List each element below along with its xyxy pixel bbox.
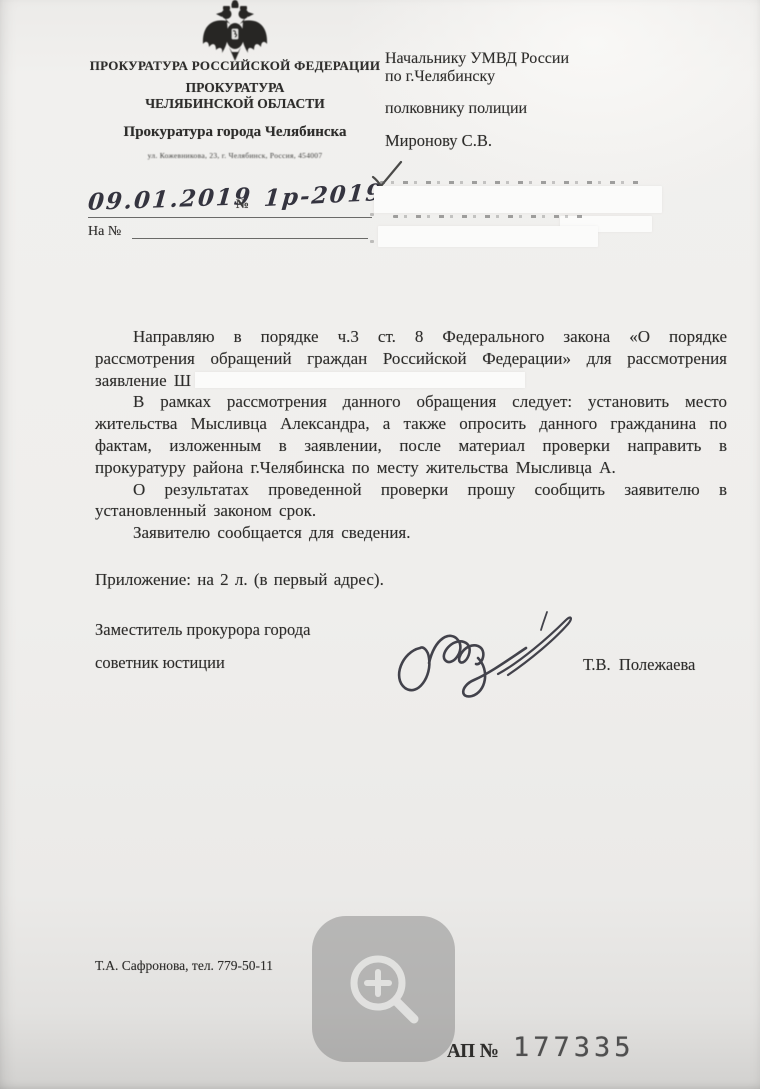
org-name-city: Прокуратура города Челябинска [85,124,385,141]
redacted-text-remnant [393,215,583,218]
org-name-region: ПРОКУРАТУРА ЧЕЛЯБИНСКОЙ ОБЛАСТИ [85,80,385,112]
letter-body: Направляю в порядке ч.3 ст. 8 Федерально… [95,326,727,544]
executor-contact: Т.А. Сафронова, тел. 779-50-11 [95,958,273,974]
redacted-text-remnant [380,181,642,184]
blank-underline [132,238,368,239]
recipient-line3: полковнику полиции [385,100,645,118]
handwritten-date: 09.01.2019 [87,183,253,216]
signer-position-line1: Заместитель прокурора города [95,620,310,640]
handwritten-outgoing-number: 1р-2019 [263,179,385,212]
spacer [385,118,645,132]
signer-position-line2: советник юстиции [95,653,225,673]
body-paragraph-3: О результатах проведенной проверки прошу… [95,479,727,523]
stamp-series-label: АП № [447,1040,499,1063]
recipient-line1: Начальнику УМВД России [385,50,645,68]
zoom-in-button[interactable] [312,916,455,1062]
body-paragraph-1: Направляю в порядке ч.3 ст. 8 Федерально… [95,326,727,391]
body-paragraph-4: Заявителю сообщается для сведения. [95,522,727,544]
letterhead: ПРОКУРАТУРА РОССИЙСКОЙ ФЕДЕРАЦИИ ПРОКУРА… [85,0,385,160]
number-sign: № [236,196,249,212]
zoom-in-magnifier-icon [336,941,432,1037]
stamp-number: 177335 [513,1032,635,1063]
redaction-box [374,186,662,213]
redaction-box [378,226,598,247]
scanned-letter-page: ПРОКУРАТУРА РОССИЙСКОЙ ФЕДЕРАЦИИ ПРОКУРА… [0,0,760,1089]
signer-name: Т.В. Полежаева [583,655,695,675]
outgoing-date-number-line: 09.01.2019 № 1р-2019 [88,186,372,218]
incoming-ref-line: На № [88,222,372,240]
org-address: ул. Кожевникова, 23, г. Челябинск, Росси… [85,151,385,160]
org-name-region-line1: ПРОКУРАТУРА [85,80,385,96]
body-paragraph-2: В рамках рассмотрения данного обращения … [95,391,727,478]
incoming-ref-label: На № [88,224,121,239]
redaction-box-inline [195,372,525,388]
handwritten-signature [390,608,580,708]
russia-coat-of-arms-icon [200,0,270,62]
recipient-name: Миронову С.В. [385,132,645,150]
scan-speck [370,213,374,216]
scan-speck [370,240,374,243]
recipient-line2: по г.Челябинску [385,68,645,86]
recipient-block: Начальнику УМВД России по г.Челябинску п… [385,50,645,150]
org-name-region-line2: ЧЕЛЯБИНСКОЙ ОБЛАСТИ [85,96,385,112]
spacer [385,86,645,100]
attachment-line: Приложение: на 2 л. (в первый адрес). [95,570,384,590]
